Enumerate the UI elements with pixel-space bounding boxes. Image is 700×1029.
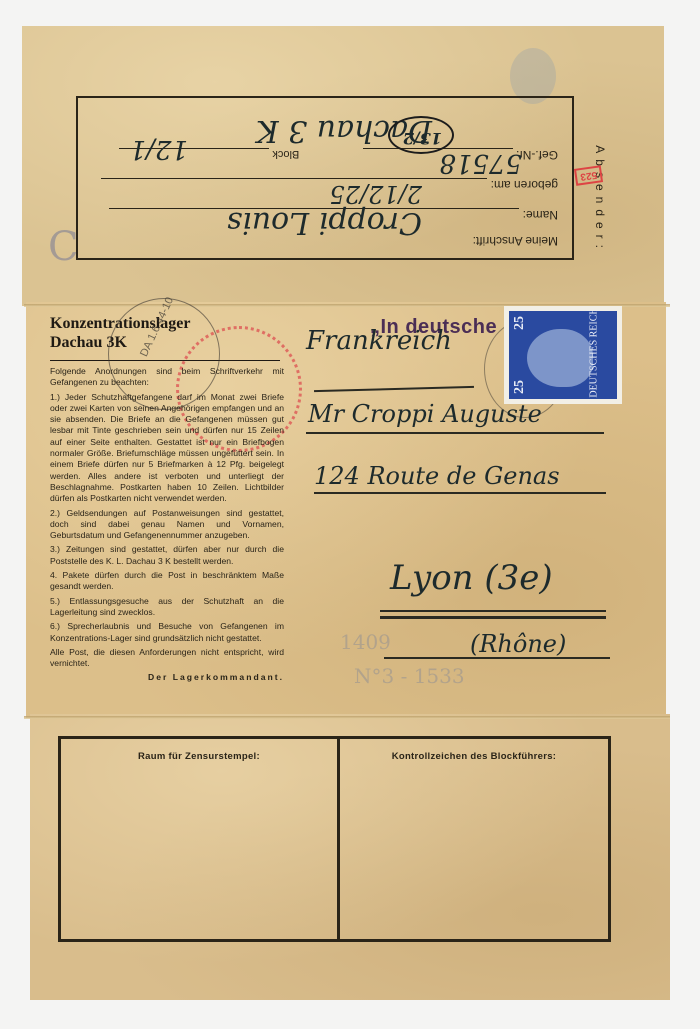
pencil-note-2: N°3 - 1533 — [354, 664, 465, 688]
regulation-item: 2.) Geldsendungen auf Postanweisungen si… — [50, 508, 284, 542]
street-underline — [314, 492, 606, 494]
regulations-intro: Folgende Anordnungen sind beim Schriftve… — [50, 366, 284, 389]
fold-line — [24, 716, 670, 719]
block-label: Block — [272, 148, 299, 160]
sender-name-value: Croppi Louis — [227, 205, 422, 240]
name-underline — [306, 432, 604, 434]
recipient-street: 124 Route de Genas — [314, 462, 560, 490]
postmark-text: DA 1.6.44-10 — [138, 295, 176, 358]
regulation-item: 3.) Zeitungen sind gestattet, dürfen abe… — [50, 544, 284, 567]
pencil-note-1: 1409 — [340, 630, 391, 654]
dob-label: geboren am: — [491, 178, 558, 192]
name-label: Name: — [523, 208, 558, 222]
block-leader-label: Kontrollzeichen des Blockführers: — [340, 751, 608, 762]
stamp-country: DEUTSCHES REICH — [588, 311, 599, 398]
regulations-closing: Alle Post, die diesen Anforderungen nich… — [50, 647, 284, 670]
address-label: Meine Anschrift: — [473, 234, 558, 248]
address-row: Meine Anschrift: — [473, 234, 558, 248]
censor-box: Raum für Zensurstempel: Kontrollzeichen … — [58, 736, 611, 942]
sender-box: Absender: Meine Anschrift: Name: Croppi … — [76, 96, 574, 260]
regulation-item: 1.) Jeder Schutzhaftgefangene darf im Mo… — [50, 392, 284, 505]
recipient-name: Mr Croppi Auguste — [308, 400, 542, 428]
prisoner-no-label: Gef.-Nr. — [516, 148, 558, 162]
censor-stamp-area: Raum für Zensurstempel: — [61, 739, 340, 939]
region-underline — [384, 657, 610, 659]
circled-mark-text: 13/2 — [403, 129, 442, 148]
stamp-value-bottom: 25 — [512, 380, 528, 394]
city-underline — [380, 610, 606, 612]
pencil-mark: C — [48, 224, 79, 270]
portrait-icon — [527, 329, 593, 387]
regulations-text: Folgende Anordnungen sind beim Schriftve… — [50, 366, 284, 687]
recipient-region: (Rhône) — [470, 630, 566, 658]
censor-stamp-label: Raum für Zensurstempel: — [61, 751, 337, 762]
sender-title: Absender: — [582, 145, 606, 254]
regulation-item: 4. Pakete dürfen durch die Post in besch… — [50, 570, 284, 593]
sender-dob-value: 2/12/25 — [329, 180, 422, 208]
block-leader-area: Kontrollzeichen des Blockführers: — [340, 739, 611, 939]
postage-stamp: 25 25 DEUTSCHES REICH — [504, 306, 622, 404]
regulation-item: 6.) Sprecherlaubnis und Besuche von Gefa… — [50, 621, 284, 644]
block-value: 12/1 — [130, 134, 188, 164]
regulation-item: 5.) Entlassungsgesuche aus der Schutzhaf… — [50, 596, 284, 619]
stamp-face: 25 25 DEUTSCHES REICH — [509, 311, 617, 399]
recipient-country: Frankreich — [306, 326, 452, 356]
prisoner-no-value: 57518 — [439, 148, 522, 178]
stamp-value-top: 25 — [512, 316, 528, 330]
city-double-underline — [380, 616, 606, 619]
recipient-city: Lyon (3e) — [390, 558, 553, 598]
commandant-signature: Der Lagerkommandant. — [50, 672, 284, 683]
